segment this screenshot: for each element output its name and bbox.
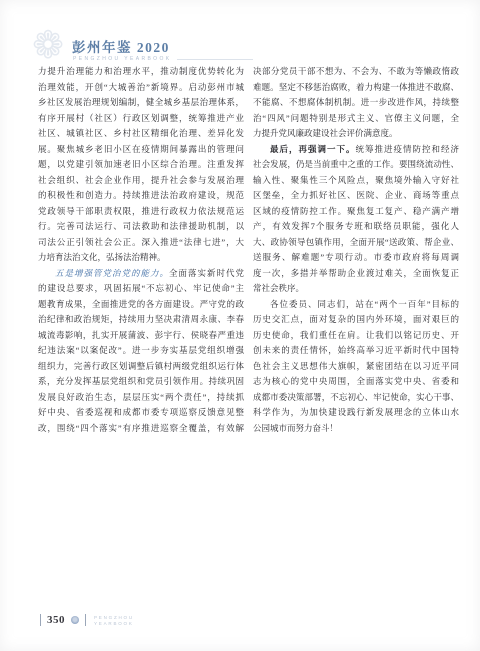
footer-divider: [40, 614, 41, 626]
text-line: 度一次，多措并举帮助企业渡过难关，全面恢复正: [253, 266, 459, 282]
column-left: 力提升治理能力和治理水平，推动制度优势转化为治理效能，开创“大城善治”新境界。启…: [38, 64, 244, 436]
text-line: 社会组织、社会企业作用，提升社会参与发展治理: [38, 173, 244, 189]
text-line: 社会发展，仍是当前重中之重的工作。要围绕流动性、: [253, 157, 459, 173]
text-line: 各位委员、同志们，站在“两个一百年”目标的: [253, 297, 459, 313]
page-title: 彭州年鉴 2020: [72, 36, 170, 56]
header-rule: [177, 59, 254, 60]
text-line: 区堡垒，全力抓好社区、医院、企业、商场等重点: [253, 188, 459, 204]
text-line: 力提升治理能力和治理水平，推动制度优势转化为: [38, 64, 244, 80]
text-line: 公园城市而努力奋斗！: [253, 421, 459, 437]
text-line: 发展良好政治生态，层层压实“两个责任”，持续抓: [38, 390, 244, 406]
text-line: 治理效能，开创“大城善治”新境界。启动彭州市城: [38, 80, 244, 96]
text-line: 题，以党建引领加速老旧小区综合治理。注重发挥: [38, 157, 244, 173]
text-line: 治“四风”问题特别是形式主义、官僚主义问题，全: [253, 111, 459, 127]
text-line: 最后，再强调一下。统筹推进疫情防控和经济: [253, 142, 459, 158]
text-line: 决部分党员干部不想为、不会为、不敢为等懒政惰政: [253, 64, 459, 80]
text-line: 色社会主义思想伟大旗帜，紧密团结在以习近平同: [253, 359, 459, 375]
text-line: 输入性、聚集性三个风险点，聚焦境外输入守好社: [253, 173, 459, 189]
text-line: 创未来的责任情怀，始终高举习近平新时代中国特: [253, 343, 459, 359]
yearbook-flower-seal-icon: ❁: [28, 26, 68, 66]
text-line: 不能腐、不想腐体制机制。进一步改进作风，持续整: [253, 95, 459, 111]
text-line: 行。完善司法运行、司法救助和法律援助机制，以: [38, 219, 244, 235]
text-line: 系，充分发挥基层党组织和党员引领作用。持续巩固: [38, 374, 244, 390]
text-line: 成都市委决策部署，不忘初心、牢记使命，实心干事、: [253, 390, 459, 406]
text-line: 司法公正引领社会公正。深入推进“法律七进”，大: [38, 235, 244, 251]
text-line: 有序开展村（社区）行政区划调整，统筹推进产业: [38, 111, 244, 127]
page-subtitle: PENGZHOU YEARBOOK: [73, 56, 172, 62]
text-line: 治纪律和政治规矩，持续用力坚决肃清周永康、李春: [38, 312, 244, 328]
page-footer: 350 PENGZHOU YEARBOOK: [40, 611, 134, 629]
column-right: 决部分党员干部不想为、不会为、不敢为等懒政惰政难题。坚定不移惩治腐败，着力构建一…: [253, 64, 459, 436]
text-line: 产，有效发挥7个服务专班和联络员职能，强化人: [253, 219, 459, 235]
text-line: 历史使命，我们重任在肩。让我们以铭记历史、开: [253, 328, 459, 344]
text-line: 社区、城镇社区、乡村社区精细化治理、差异化发: [38, 126, 244, 142]
text-segment: 全面落实新时代党: [169, 268, 244, 278]
footer-imprint: PENGZHOU YEARBOOK: [92, 615, 134, 626]
text-line: 党政领导干部职责权限，推进行政权力依法规范运: [38, 204, 244, 220]
text-line: 区域的疫情防控工作。聚焦复工复产、稳产满产增: [253, 204, 459, 220]
footer-imprint-top: PENGZHOU: [94, 615, 134, 620]
text-line: 常社会秩序。: [253, 281, 459, 297]
text-line: 城流毒影响，扎实开展蒲波、彭宇行、侯晓春严重违: [38, 328, 244, 344]
text-line: 改，围绕“四个落实”有序推进巡察全覆盖，有效解: [38, 421, 244, 437]
text-line: 力提升党风廉政建设社会评价满意度。: [253, 126, 459, 142]
text-line: 组织力，完善行政区划调整后镇村两级党组织运行体: [38, 359, 244, 375]
scanned-page: ❁ 彭州年鉴 2020 PENGZHOU YEARBOOK 力提升治理能力和治理…: [0, 0, 480, 651]
page-number: 350: [47, 614, 65, 626]
text-line: 展。聚焦城乡老旧小区在疫情期间暴露出的管理问: [38, 142, 244, 158]
text-segment-em: 五是增强管党治党的能力。: [55, 268, 169, 278]
text-line: 大、政协领导包镇作用，全面开展“送政策、帮企业、: [253, 235, 459, 251]
text-line: 历史交汇点，面对复杂的国内外环境，面对艰巨的: [253, 312, 459, 328]
text-line: 送服务、解难题”专项行动。市委市政府将每周调: [253, 250, 459, 266]
text-line: 难题。坚定不移惩治腐败，着力构建一体推进不敢腐、: [253, 80, 459, 96]
text-line: 题教育成果，全面推进党的各方面建设。严守党的政: [38, 297, 244, 313]
text-line: 科学作为，为加快建设践行新发展理念的立体山水: [253, 405, 459, 421]
text-segment: 统筹推进疫情防控和经济: [356, 144, 460, 154]
footer-imprint-bottom: YEARBOOK: [94, 621, 134, 626]
header-subtitle-row: PENGZHOU YEARBOOK: [73, 56, 253, 62]
footer-divider: [85, 614, 86, 626]
text-line: 好中央、省委巡视和成都市委专项巡察反馈意见整: [38, 405, 244, 421]
text-line: 的积极性和创造力。持续推进法治政府建设，规范: [38, 188, 244, 204]
text-line: 纪违法案“以案促改”。进一步夯实基层党组织增强: [38, 343, 244, 359]
text-line: 五是增强管党治党的能力。全面落实新时代党: [38, 266, 244, 282]
footer-seal-icon: [71, 616, 79, 624]
text-line: 力培育法治文化，弘扬法治精神。: [38, 250, 244, 266]
text-line: 志为核心的党中央周围，全面落实党中央、省委和: [253, 374, 459, 390]
text-columns: 力提升治理能力和治理水平，推动制度优势转化为治理效能，开创“大城善治”新境界。启…: [38, 64, 459, 436]
text-segment-bold: 最后，再强调一下。: [270, 144, 356, 154]
text-line: 乡社区发展治理规划编制，健全城乡基层治理体系，: [38, 95, 244, 111]
text-line: 的建设总要求，巩固拓展“不忘初心、牢记使命”主: [38, 281, 244, 297]
